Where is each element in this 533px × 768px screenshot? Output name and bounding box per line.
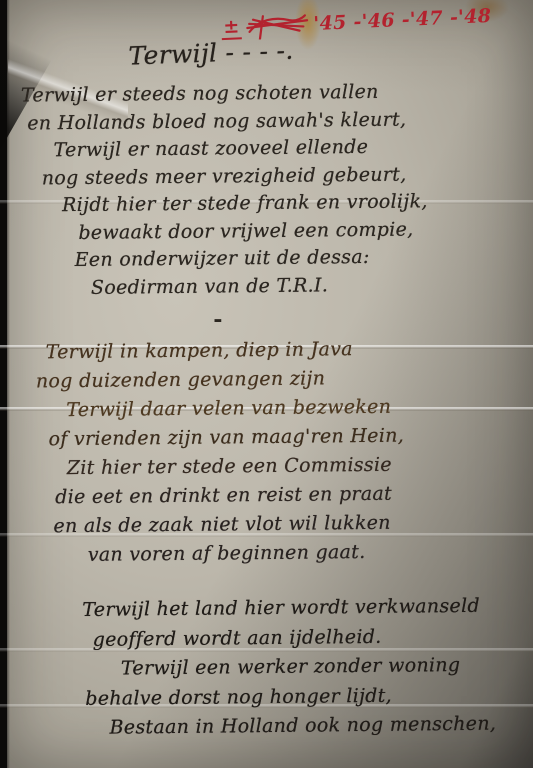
poem-line: Terwijl er naast zooveel ellende	[53, 133, 427, 164]
poem-line: Terwijl een werker zonder woning	[121, 651, 496, 684]
poem-line: die eet en drinkt en reist en praat	[55, 480, 405, 513]
poem-line: bewaakt door vrijwel een compie,	[78, 216, 428, 247]
poem-line: nog steeds meer vrezigheid gebeurt,	[42, 161, 428, 193]
stanza-separator: -	[213, 306, 222, 332]
years-label: '45 -'46 -'47 -'48	[313, 5, 492, 35]
poem-line: Zit hier ter stede een Commissie	[67, 451, 405, 484]
poem-line: Bestaan in Holland ook nog menschen,	[109, 710, 496, 744]
poem-line: Terwijl het land hier wordt verkwanseld	[82, 592, 495, 626]
manuscript-photo: ± '45 -'46 -'47 -'48 Terwijl - - - -. Te…	[0, 0, 533, 768]
poem-line: Rijdt hier ter stede frank en vroolijk,	[62, 188, 428, 219]
poem-line: behalve dorst nog honger lijdt,	[85, 680, 496, 714]
date-annotation: ± '45 -'46 -'47 -'48	[221, 3, 492, 41]
poem-title: Terwijl - - - -.	[128, 36, 294, 71]
poem-line: Soedirman van de T.R.I.	[91, 271, 429, 302]
poem-line: Een onderwijzer uit de dessa:	[75, 243, 429, 274]
poem-line: van voren af beginnen gaat.	[88, 538, 406, 570]
poem-line: Terwijl daar velen van bezweken	[66, 393, 404, 426]
plus-minus-symbol: ±	[221, 15, 242, 40]
poem-line: Terwijl in kampen, diep in Java	[46, 335, 404, 368]
poem-line: nog duizenden gevangen zijn	[36, 364, 404, 397]
poem-line: of vrienden zijn van maag'ren Hein,	[48, 422, 404, 455]
stanza-3: Terwijl het land hier wordt verkwanseld …	[60, 592, 496, 744]
stanza-1: Terwijl er steeds nog schoten vallen en …	[13, 78, 429, 302]
poem-line: Terwijl er steeds nog schoten vallen	[21, 78, 427, 110]
handwriting-layer: ± '45 -'46 -'47 -'48 Terwijl - - - -. Te…	[0, 0, 533, 768]
poem-line: en Hollands bloed nog sawah's kleurt,	[27, 106, 427, 138]
poem-line: en als de zaak niet vlot wil lukken	[53, 509, 405, 542]
stanza-2: Terwijl in kampen, diep in Java nog duiz…	[28, 335, 406, 571]
poem-line: geofferd wordt aan ijdelheid.	[93, 621, 496, 655]
